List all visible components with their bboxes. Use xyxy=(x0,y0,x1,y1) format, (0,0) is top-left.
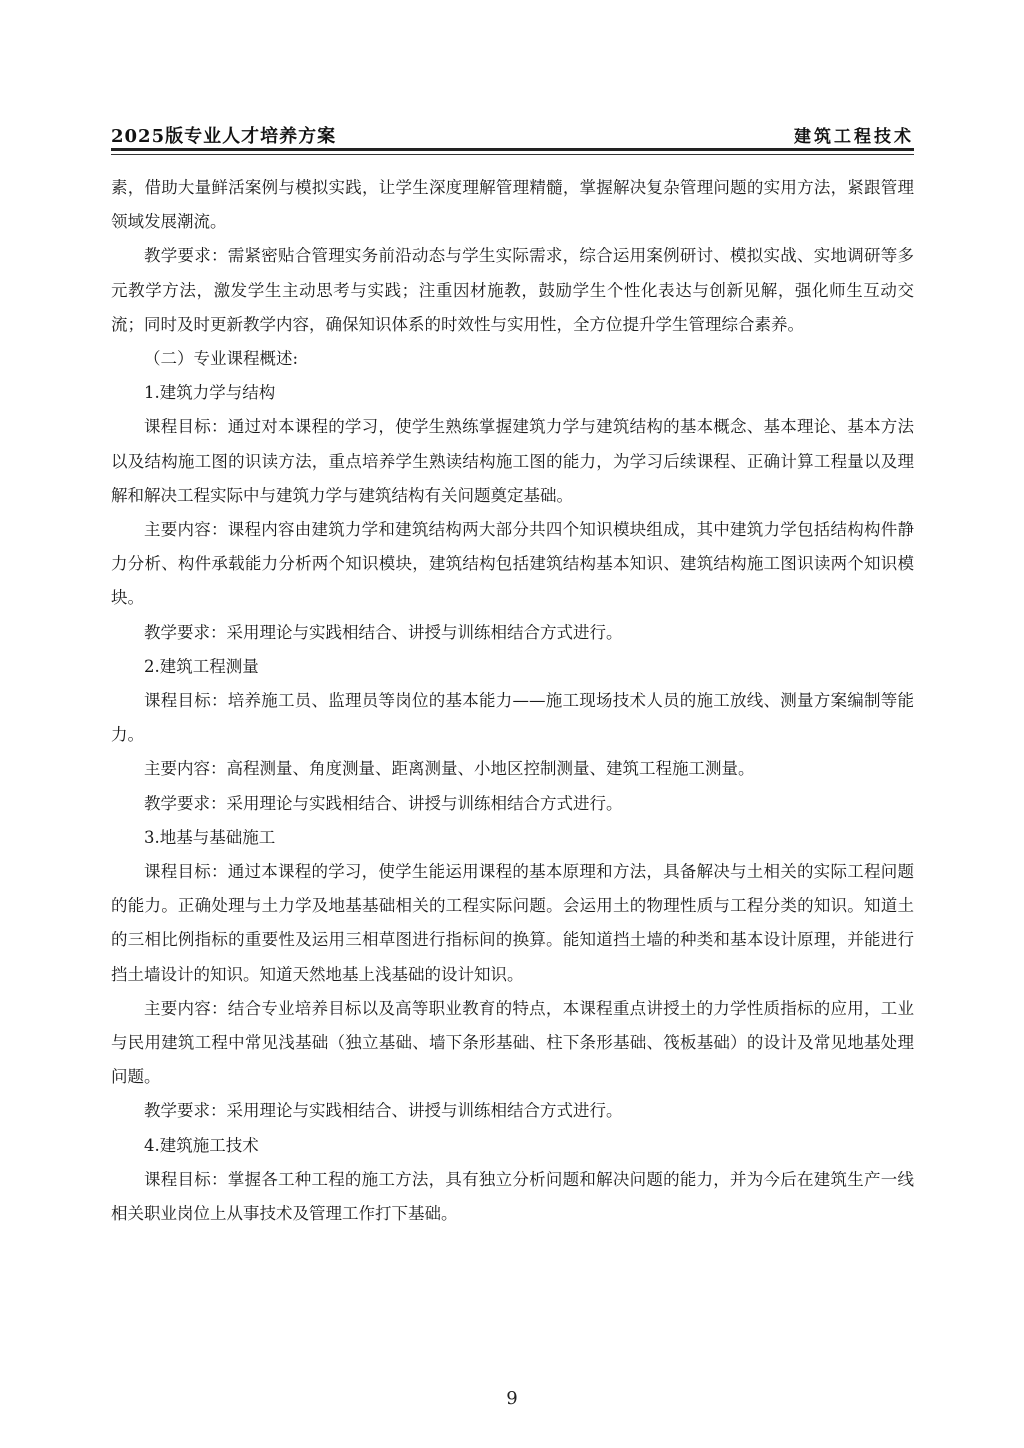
header-rule-thin xyxy=(111,154,914,155)
course-title-4: 4.建筑施工技术 xyxy=(111,1129,914,1163)
course-1-content: 主要内容：课程内容由建筑力学和建筑结构两大部分共四个知识模块组成，其中建筑力学包… xyxy=(111,513,914,616)
major-title: 建筑工程技术 xyxy=(794,122,914,147)
course-title-2: 2.建筑工程测量 xyxy=(111,650,914,684)
course-4-objective: 课程目标：掌握各工种工程的施工方法，具有独立分析问题和解决问题的能力，并为今后在… xyxy=(111,1163,914,1231)
header-rule-thick xyxy=(111,148,914,151)
course-title-1: 1.建筑力学与结构 xyxy=(111,376,914,410)
body-text: 素，借助大量鲜活案例与模拟实践，让学生深度理解管理精髓，掌握解决复杂管理问题的实… xyxy=(111,171,914,1231)
document-title: 2025版专业人才培养方案 xyxy=(111,122,336,148)
course-3-requirements: 教学要求：采用理论与实践相结合、讲授与训练相结合方式进行。 xyxy=(111,1094,914,1128)
course-title-3: 3.地基与基础施工 xyxy=(111,821,914,855)
paragraph-teaching-requirements-management: 教学要求：需紧密贴合管理实务前沿动态与学生实际需求，综合运用案例研讨、模拟实战、… xyxy=(111,239,914,342)
course-1-requirements: 教学要求：采用理论与实践相结合、讲授与训练相结合方式进行。 xyxy=(111,616,914,650)
page-number: 9 xyxy=(0,1388,1024,1409)
section-heading-course-overview: （二）专业课程概述: xyxy=(111,342,914,376)
course-2-content: 主要内容：高程测量、角度测量、距离测量、小地区控制测量、建筑工程施工测量。 xyxy=(111,752,914,786)
course-3-content: 主要内容：结合专业培养目标以及高等职业教育的特点，本课程重点讲授土的力学性质指标… xyxy=(111,992,914,1095)
paragraph-continuation: 素，借助大量鲜活案例与模拟实践，让学生深度理解管理精髓，掌握解决复杂管理问题的实… xyxy=(111,171,914,239)
course-2-requirements: 教学要求：采用理论与实践相结合、讲授与训练相结合方式进行。 xyxy=(111,787,914,821)
page-header: 2025版专业人才培养方案 建筑工程技术 xyxy=(111,120,914,152)
course-1-objective: 课程目标：通过对本课程的学习，使学生熟练掌握建筑力学与建筑结构的基本概念、基本理… xyxy=(111,410,914,513)
course-2-objective: 课程目标：培养施工员、监理员等岗位的基本能力——施工现场技术人员的施工放线、测量… xyxy=(111,684,914,752)
course-3-objective: 课程目标：通过本课程的学习，使学生能运用课程的基本原理和方法，具备解决与土相关的… xyxy=(111,855,914,992)
